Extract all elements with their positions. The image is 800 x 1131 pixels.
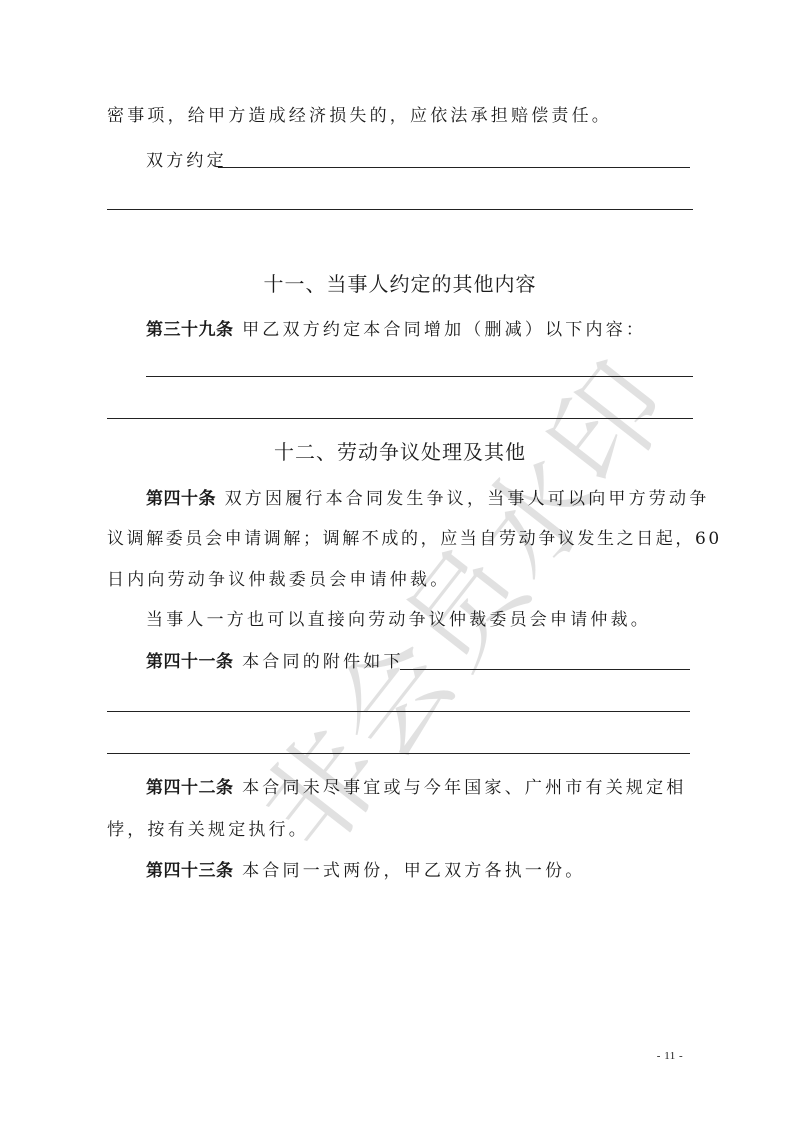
article-43-label: 第四十三条	[146, 861, 234, 881]
document-page: 非会员水印 密事项，给甲方造成经济损失的，应依法承担赔偿责任。 双方约定 十一、…	[0, 0, 800, 1131]
article-43-text: 本合同一式两份，甲乙双方各执一份。	[242, 861, 585, 881]
article-42-line-2: 悖，按有关规定执行。	[107, 820, 309, 840]
continuation-line: 密事项，给甲方造成经济损失的，应依法承担赔偿责任。	[107, 106, 612, 126]
article-41-text: 本合同的附件如下	[242, 652, 404, 672]
article-41-blank-1[interactable]	[400, 669, 690, 670]
article-42-text-1: 本合同未尽事宜或与今年国家、广州市有关规定相	[242, 778, 686, 798]
article-40-line-2: 议调解委员会申请调解；调解不成的，应当自劳动争议发生之日起，60	[107, 529, 722, 549]
mutual-agreement-line: 双方约定	[146, 151, 227, 171]
article-39-label: 第三十九条	[146, 320, 234, 340]
article-41: 第四十一条 本合同的附件如下	[146, 652, 404, 672]
page-number: - 11 -	[640, 1050, 700, 1062]
section-11-heading: 十一、当事人约定的其他内容	[0, 272, 800, 296]
article-40-text-1: 双方因履行本合同发生争议，当事人可以向甲方劳动争	[225, 489, 710, 509]
article-42-label: 第四十二条	[146, 778, 234, 798]
article-39-blank-1[interactable]	[146, 376, 693, 377]
article-40-line-3: 日内向劳动争议仲裁委员会申请仲裁。	[107, 570, 450, 590]
mutual-agreement-blank[interactable]	[218, 167, 690, 168]
blank-line[interactable]	[107, 209, 693, 210]
article-41-blank-3[interactable]	[107, 753, 690, 754]
article-42-line-1: 第四十二条 本合同未尽事宜或与今年国家、广州市有关规定相	[146, 778, 687, 798]
article-43: 第四十三条 本合同一式两份，甲乙双方各执一份。	[146, 861, 586, 881]
article-41-label: 第四十一条	[146, 652, 234, 672]
article-41-blank-2[interactable]	[107, 711, 690, 712]
article-39-blank-2[interactable]	[107, 418, 693, 419]
article-39-text: 甲乙双方约定本合同增加（删减）以下内容：	[242, 320, 646, 340]
article-40-paragraph-2: 当事人一方也可以直接向劳动争议仲裁委员会申请仲裁。	[146, 610, 651, 630]
section-12-heading: 十二、劳动争议处理及其他	[0, 440, 800, 464]
article-39: 第三十九条 甲乙双方约定本合同增加（删减）以下内容：	[146, 320, 646, 340]
article-40-line-1: 第四十条 双方因履行本合同发生争议，当事人可以向甲方劳动争	[146, 489, 709, 509]
mutual-agreement-label: 双方约定	[146, 151, 227, 171]
article-40-label: 第四十条	[146, 489, 216, 509]
